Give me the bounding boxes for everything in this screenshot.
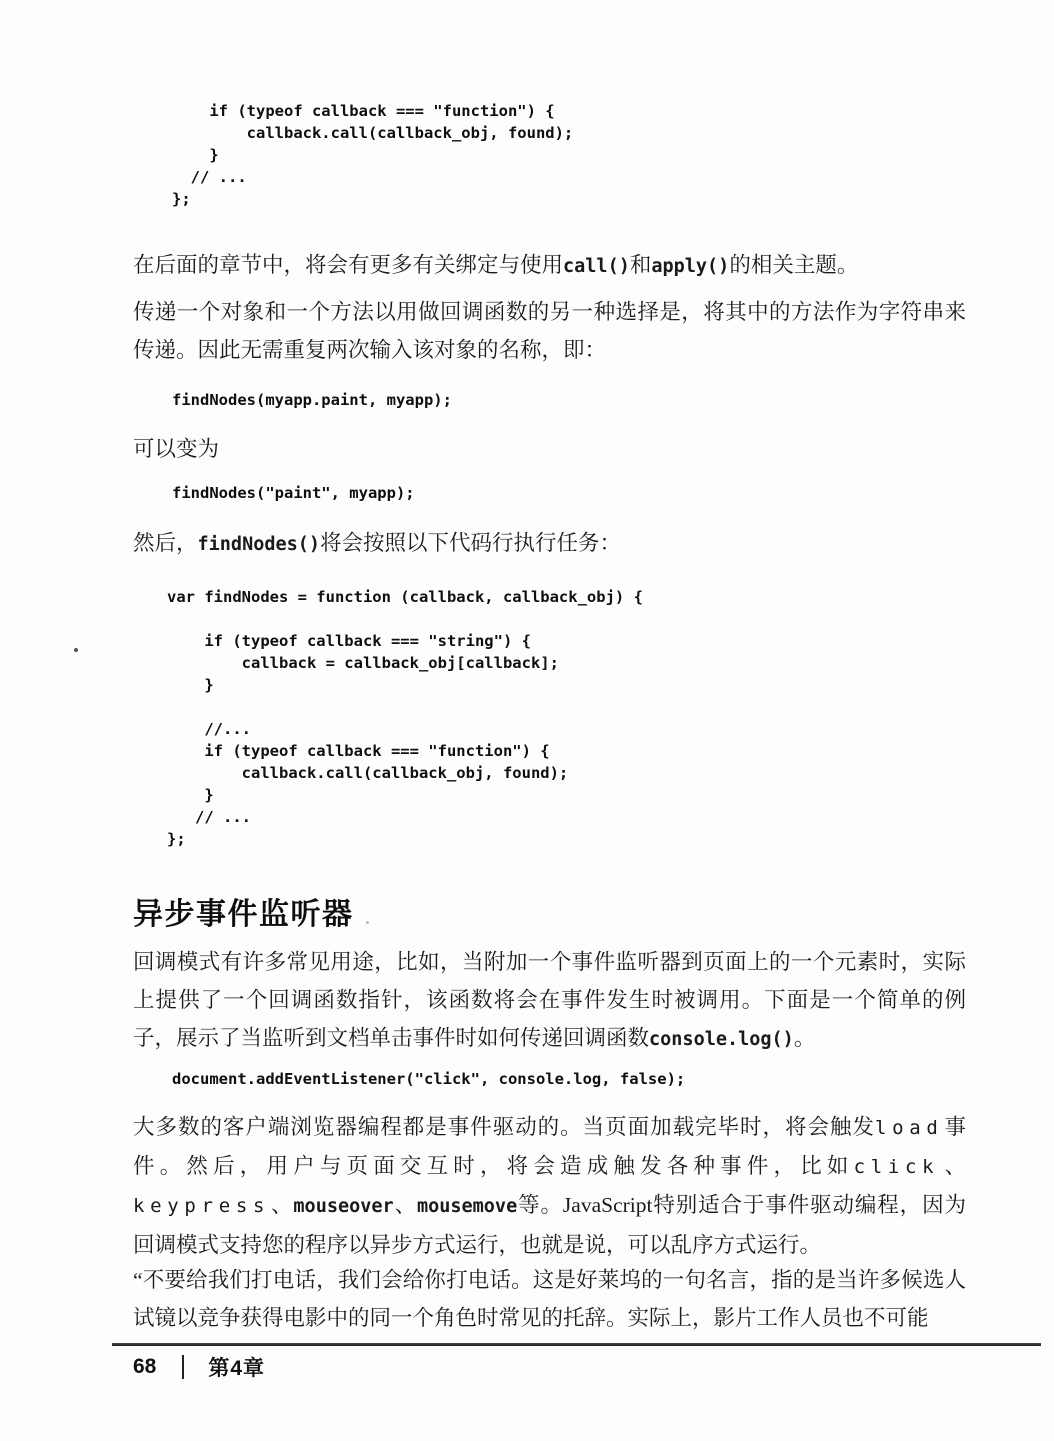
code-line: findNodes("paint", myapp); [172, 482, 415, 504]
code-line: document.addEventListener("click", conso… [172, 1068, 685, 1090]
text-run: 、 [939, 1154, 966, 1178]
inline-code: apply() [651, 256, 729, 277]
paragraph-can-become: 可以变为 [133, 430, 966, 468]
code-line: } [172, 144, 573, 166]
page-footer: 68 第4章 [133, 1352, 265, 1382]
page-number: 68 [133, 1355, 156, 1379]
inline-code: mouseover [293, 1196, 393, 1217]
code-line: // ... [172, 166, 573, 188]
text-run: 大多数的客户端浏览器编程都是事件驱动的。当页面加载完毕时，将会触发 [133, 1115, 875, 1139]
text-run: 和 [630, 253, 652, 277]
text-run: 在后面的章节中，将会有更多有关绑定与使用 [133, 253, 563, 277]
code-line: }; [167, 828, 643, 850]
paragraph-binding-note: 在后面的章节中，将会有更多有关绑定与使用call()和apply()的相关主题。 [133, 246, 966, 286]
code-line: var findNodes = function (callback, call… [167, 586, 643, 608]
code-block-findnodes: var findNodes = function (callback, call… [167, 586, 643, 850]
scan-speck [366, 921, 369, 924]
footer-rule [112, 1343, 1041, 1346]
book-page: if (typeof callback === "function") { ca… [0, 0, 1054, 1441]
code-line: } [167, 674, 643, 696]
code-line: }; [172, 188, 573, 210]
paragraph-hollywood: “不要给我们打电话，我们会给你打电话。这是好莱坞的一句名言，指的是当许多候选人试… [133, 1261, 966, 1337]
paragraph-pass-string: 传递一个对象和一个方法以用做回调函数的另一种选择是，将其中的方法作为字符串来传递… [133, 293, 966, 369]
text-run-latin: JavaScript [563, 1193, 653, 1217]
inline-code: console.log() [649, 1029, 794, 1050]
inline-code: load [875, 1117, 944, 1139]
code-line: callback.call(callback_obj, found); [172, 122, 573, 144]
code-line: callback = callback_obj[callback]; [167, 652, 643, 674]
inline-code: call() [563, 256, 630, 277]
text-run: 、 [270, 1193, 293, 1217]
inline-code: click [854, 1156, 940, 1178]
code-line: } [167, 784, 643, 806]
text-run: 、 [394, 1193, 417, 1217]
paragraph-intro: 回调模式有许多常见用途，比如，当附加一个事件监听器到页面上的一个元素时，实际上提… [133, 943, 966, 1059]
code-line [167, 608, 643, 630]
chapter-label: 第4章 [208, 1352, 265, 1382]
code-line-listener: document.addEventListener("click", conso… [172, 1068, 685, 1090]
inline-code: keypress [133, 1195, 270, 1217]
text-run: 将会按照以下代码行执行任务： [320, 531, 621, 555]
code-line: findNodes(myapp.paint, myapp); [172, 389, 452, 411]
inline-code: findNodes() [198, 534, 321, 555]
code-line: if (typeof callback === "function") { [172, 100, 573, 122]
code-line: callback.call(callback_obj, found); [167, 762, 643, 784]
text-run: 。 [794, 1026, 816, 1050]
footer-divider [182, 1355, 184, 1379]
inline-code: mousemove [417, 1196, 517, 1217]
code-line: if (typeof callback === "string") { [167, 630, 643, 652]
code-line: // ... [167, 806, 643, 828]
text-run: 然后， [133, 531, 198, 555]
scan-speck [74, 648, 78, 652]
code-line-paint: findNodes("paint", myapp); [172, 482, 415, 504]
paragraph-then: 然后，findNodes()将会按照以下代码行执行任务： [133, 524, 966, 564]
section-heading: 异步事件监听器 [133, 889, 354, 933]
text-run: 的相关主题。 [729, 253, 858, 277]
code-line [167, 696, 643, 718]
code-line: if (typeof callback === "function") { [167, 740, 643, 762]
text-run: 等。 [517, 1193, 563, 1217]
text-run: 回调模式有许多常见用途，比如，当附加一个事件监听器到页面上的一个元素时，实际上提… [133, 950, 966, 1050]
code-line: //... [167, 718, 643, 740]
code-block-top: if (typeof callback === "function") { ca… [172, 100, 573, 210]
code-line-myapp: findNodes(myapp.paint, myapp); [172, 389, 452, 411]
paragraph-event-driven: 大多数的客户端浏览器编程都是事件驱动的。当页面加载完毕时，将会触发load事件。… [133, 1108, 966, 1264]
